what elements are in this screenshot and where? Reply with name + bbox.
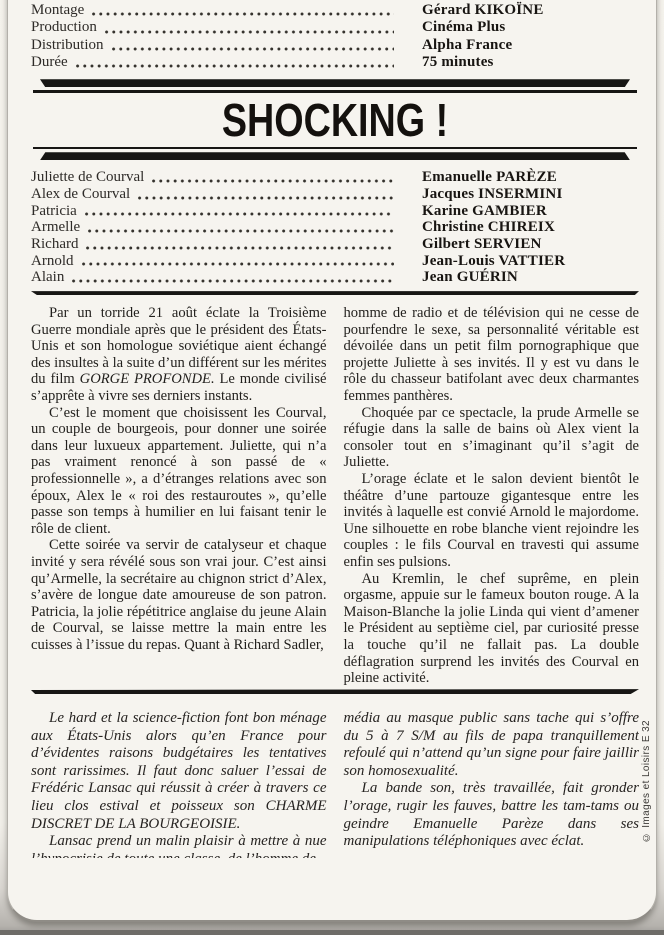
- row-value: Jean-Louis VATTIER: [422, 253, 639, 270]
- text-segment: La bande son, très travaillée, fait gron…: [344, 780, 640, 849]
- row-label: Durée: [31, 54, 68, 71]
- cast-row: RichardGilbert SERVIEN: [31, 236, 639, 253]
- row-value: Emanuelle PARÈZE: [422, 169, 639, 186]
- paragraph: La bande son, très travaillée, fait gron…: [344, 780, 640, 850]
- paragraph: Le hard et la science-fiction font bon m…: [31, 710, 327, 833]
- title-box-top-thick-bar: [40, 79, 630, 87]
- film-title: SHOCKING !: [87, 93, 582, 147]
- dot-leader: [105, 30, 394, 34]
- technical-credits-list: MontageGérard KIKOÏNEProductionCinéma Pl…: [31, 2, 639, 71]
- dot-leader: [76, 64, 394, 68]
- text-segment: GORGE PROFONDE.: [80, 371, 215, 387]
- credit-row: MontageGérard KIKOÏNE: [31, 2, 639, 19]
- paragraph: Choquée par ce spectacle, la prude Armel…: [344, 405, 640, 471]
- review-left-column: Le hard et la science-fiction font bon m…: [31, 710, 327, 858]
- paragraph: L’orage éclate et le salon devient bient…: [344, 471, 640, 571]
- credit-row: Durée75 minutes: [31, 54, 639, 71]
- row-label: Juliette de Courval: [31, 169, 144, 186]
- paragraph: homme de radio et de télévision qui ne c…: [344, 305, 640, 405]
- text-segment: Choquée par ce spectacle, la prude Armel…: [344, 405, 640, 471]
- row-label: Alex de Courval: [31, 186, 130, 203]
- row-value: Jean GUÉRIN: [422, 269, 639, 286]
- dot-leader: [138, 196, 394, 200]
- text-segment: média au masque public sans tache qui s’…: [344, 710, 640, 779]
- row-value: Jacques INSERMINI: [422, 186, 639, 203]
- dot-leader: [152, 179, 394, 183]
- text-segment: Le hard et la science-fiction font bon m…: [31, 710, 327, 832]
- paragraph: Par un torride 21 août éclate la Troisiè…: [31, 305, 327, 405]
- row-value: Alpha France: [422, 37, 639, 54]
- cast-row: ArmelleChristine CHIREIX: [31, 219, 639, 236]
- cast-list: Juliette de CourvalEmanuelle PARÈZEAlex …: [31, 169, 639, 286]
- paragraph: Au Kremlin, le chef suprême, en plein or…: [344, 571, 640, 687]
- row-label: Montage: [31, 2, 84, 19]
- row-value: 75 minutes: [422, 54, 639, 71]
- title-box-bottom-thick-bar: [40, 152, 630, 160]
- text-segment: Cette soirée va servir de catalyseur et …: [31, 537, 327, 653]
- cast-row: ArnoldJean-Louis VATTIER: [31, 253, 639, 270]
- title-box-bottom-thin-rule: [33, 147, 637, 150]
- row-value: Christine CHIREIX: [422, 219, 639, 236]
- synopsis-section: Par un torride 21 août éclate la Troisiè…: [31, 305, 639, 687]
- paragraph: Lansac prend un malin plaisir à mettre à…: [31, 833, 327, 858]
- synopsis-left-column: Par un torride 21 août éclate la Troisiè…: [31, 305, 327, 687]
- dot-leader: [88, 229, 394, 233]
- scan-bottom-strip: [0, 930, 664, 935]
- review-right-column: média au masque public sans tache qui s’…: [344, 710, 640, 858]
- cast-row: Alex de CourvalJacques INSERMINI: [31, 186, 639, 203]
- row-value: Cinéma Plus: [422, 19, 639, 36]
- row-value: Karine GAMBIER: [422, 203, 639, 220]
- row-label: Distribution: [31, 37, 104, 54]
- scanned-page: MontageGérard KIKOÏNEProductionCinéma Pl…: [0, 0, 664, 935]
- film-sheet-card: MontageGérard KIKOÏNEProductionCinéma Pl…: [7, 0, 657, 922]
- text-segment: Lansac prend un malin plaisir à mettre à…: [31, 833, 327, 858]
- cast-row: AlainJean GUÉRIN: [31, 269, 639, 286]
- review-section: Le hard et la science-fiction font bon m…: [31, 710, 639, 858]
- text-segment: C’est le moment que choisissent les Cour…: [31, 405, 327, 537]
- row-value: Gilbert SERVIEN: [422, 236, 639, 253]
- sheet-content: MontageGérard KIKOÏNEProductionCinéma Pl…: [31, 2, 639, 858]
- row-label: Armelle: [31, 219, 80, 236]
- dot-leader: [72, 279, 394, 283]
- dot-leader: [85, 212, 394, 216]
- cast-divider-rule: [31, 291, 639, 295]
- row-label: Patricia: [31, 203, 77, 220]
- paragraph: média au masque public sans tache qui s’…: [344, 710, 640, 780]
- paragraph: Cette soirée va servir de catalyseur et …: [31, 537, 327, 653]
- dot-leader: [112, 47, 394, 51]
- title-box: SHOCKING !: [33, 79, 637, 160]
- text-segment: L’orage éclate et le salon devient bient…: [344, 471, 640, 570]
- copyright-vertical-text: © Images et Loisirs E 32: [641, 720, 652, 842]
- cast-row: Juliette de CourvalEmanuelle PARÈZE: [31, 169, 639, 186]
- paragraph: C’est le moment que choisissent les Cour…: [31, 405, 327, 538]
- row-value: Gérard KIKOÏNE: [422, 2, 639, 19]
- dot-leader: [82, 262, 395, 266]
- cast-row: PatriciaKarine GAMBIER: [31, 203, 639, 220]
- row-label: Arnold: [31, 253, 74, 270]
- row-label: Alain: [31, 269, 64, 286]
- text-segment: Au Kremlin, le chef suprême, en plein or…: [344, 571, 640, 687]
- credit-row: ProductionCinéma Plus: [31, 19, 639, 36]
- credit-row: DistributionAlpha France: [31, 37, 639, 54]
- synopsis-right-column: homme de radio et de télévision qui ne c…: [344, 305, 640, 687]
- dot-leader: [92, 12, 394, 16]
- dot-leader: [86, 246, 394, 250]
- review-divider-rule: [31, 689, 639, 694]
- row-label: Production: [31, 19, 97, 36]
- text-segment: homme de radio et de télévision qui ne c…: [344, 305, 640, 404]
- row-label: Richard: [31, 236, 78, 253]
